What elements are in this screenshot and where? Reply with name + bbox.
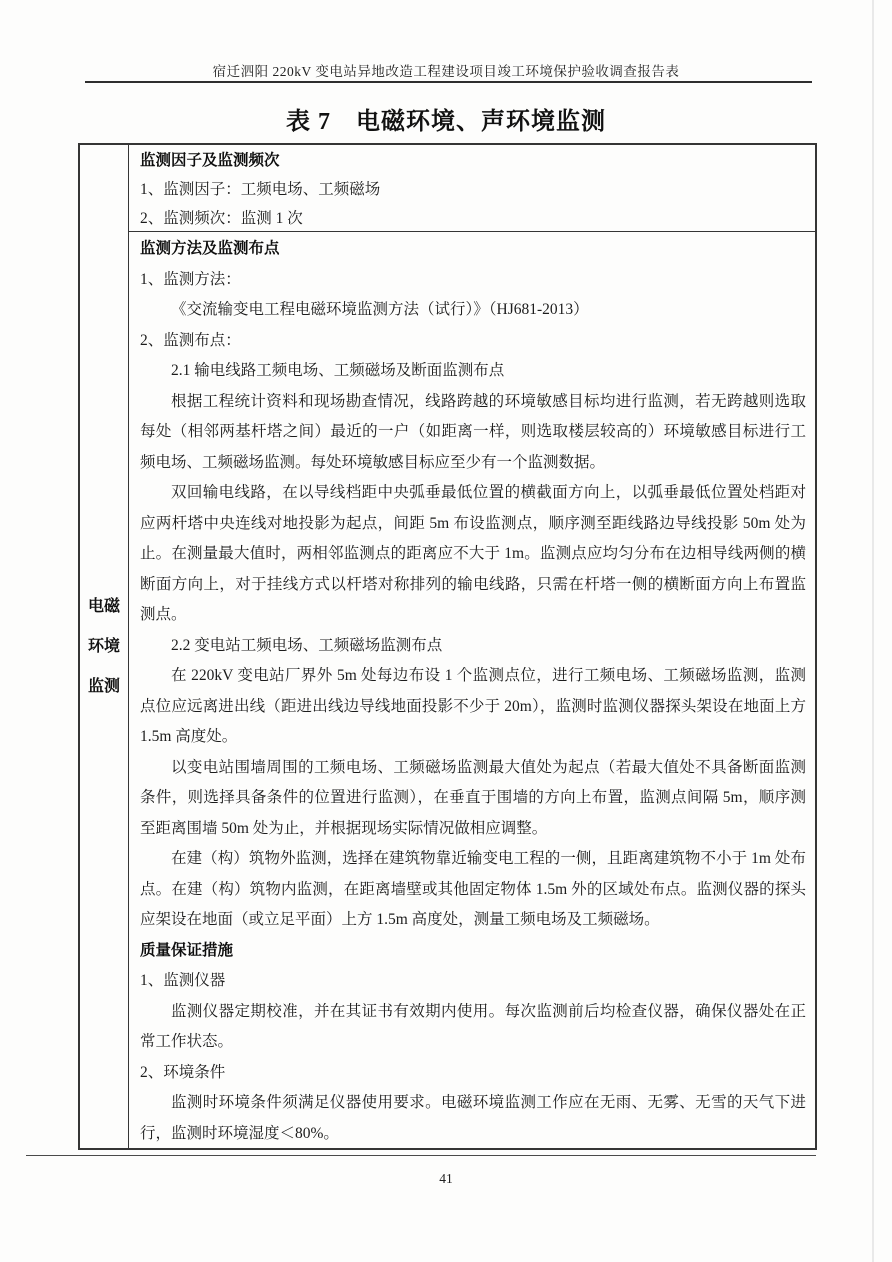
scan-edge [872,0,874,1262]
paragraph: 2.1 输电线路工频电场、工频磁场及断面监测布点 [140,356,806,387]
cell-monitoring-methods: 监测方法及监测布点 1、监测方法： 《交流输变电工程电磁环境监测方法（试行）》（… [129,232,815,1148]
paragraph: 《交流输变电工程电磁环境监测方法（试行）》（HJ681-2013） [140,295,806,326]
quality-heading: 质量保证措施 [140,936,806,967]
page-number: 41 [0,1171,892,1187]
row-label-emf-environment-monitoring: 电磁 环境 监测 [80,145,129,1148]
monitoring-table: 电磁 环境 监测 监测因子及监测频次 1、监测因子：工频电场、工频磁场 2、监测… [78,143,817,1150]
paragraph: 1、监测因子：工频电场、工频磁场 [140,175,806,204]
methods-heading: 监测方法及监测布点 [140,234,806,265]
paragraph: 2.2 变电站工频电场、工频磁场监测布点 [140,631,806,662]
table-title: 表 7 电磁环境、声环境监测 [0,101,892,136]
paragraph: 监测仪器定期校准，并在其证书有效期内使用。每次监测前后均检查仪器，确保仪器处在正… [140,997,806,1058]
factors-heading: 监测因子及监测频次 [140,146,806,175]
document-page: 宿迁泗阳 220kV 变电站异地改造工程建设项目竣工环境保护验收调查报告表 表 … [0,0,892,1262]
paragraph: 以变电站围墙周围的工频电场、工频磁场监测最大值处为起点（若最大值处不具备断面监测… [140,753,806,845]
paragraph: 2、监测频次：监测 1 次 [140,204,806,232]
paragraph: 在建（构）筑物外监测，选择在建筑物靠近输变电工程的一侧，且距离建筑物不小于 1m… [140,844,806,936]
running-header: 宿迁泗阳 220kV 变电站异地改造工程建设项目竣工环境保护验收调查报告表 [0,60,892,80]
header-rule [85,81,812,83]
paragraph: 2、监测布点： [140,326,806,357]
cell-monitoring-factors: 监测因子及监测频次 1、监测因子：工频电场、工频磁场 2、监测频次：监测 1 次 [129,145,815,232]
row-label-line: 电磁 [88,587,120,627]
paragraph: 1、监测仪器 [140,966,806,997]
paragraph: 2、环境条件 [140,1058,806,1089]
paragraph: 1、监测方法： [140,265,806,296]
table-content-column: 监测因子及监测频次 1、监测因子：工频电场、工频磁场 2、监测频次：监测 1 次… [129,145,815,1148]
row-label-line: 环境 [88,627,120,667]
paragraph: 在 220kV 变电站厂界外 5m 处每边布设 1 个监测点位，进行工频电场、工… [140,661,806,753]
row-label-line: 监测 [88,667,120,707]
paragraph: 根据工程统计资料和现场勘查情况，线路跨越的环境敏感目标均进行监测，若无跨越则选取… [140,387,806,479]
paragraph: 监测时环境条件须满足仪器使用要求。电磁环境监测工作应在无雨、无雾、无雪的天气下进… [140,1088,806,1148]
footer-rule [26,1155,816,1156]
paragraph: 双回输电线路，在以导线档距中央弧垂最低位置的横截面方向上，以弧垂最低位置处档距对… [140,478,806,631]
